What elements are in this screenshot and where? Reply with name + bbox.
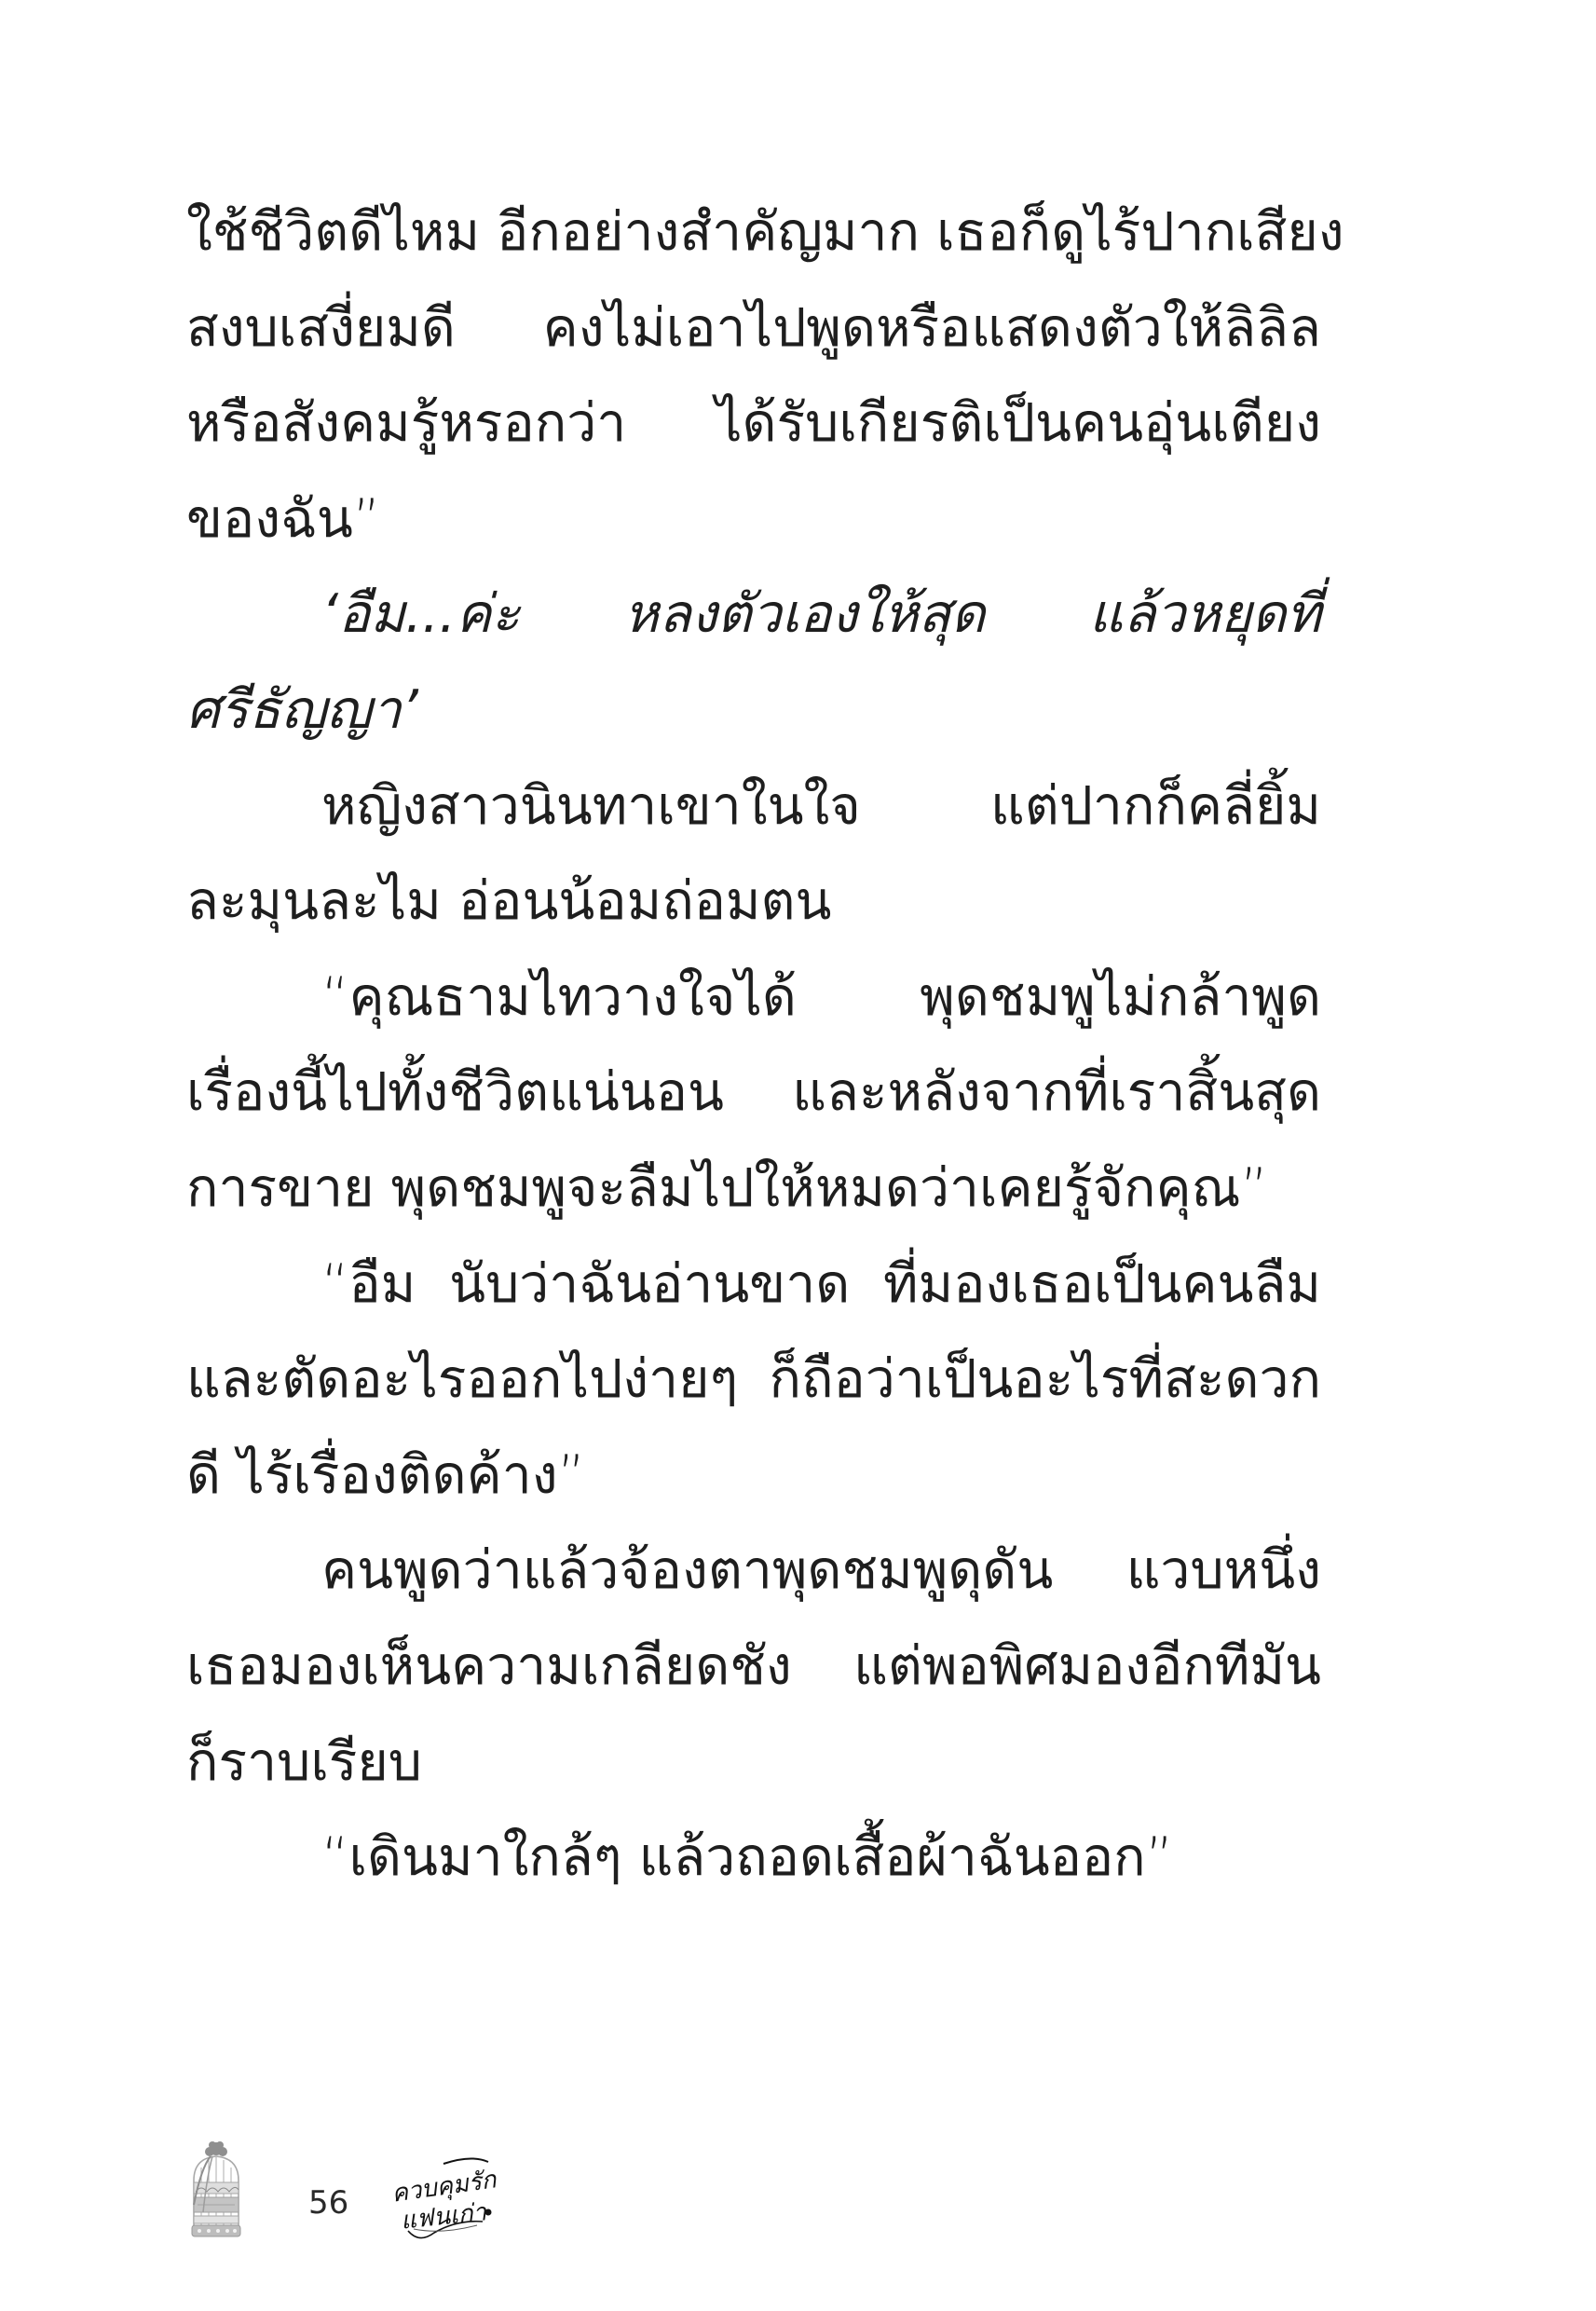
text-line-7: หญิงสาวนินทาเขาในใจ แต่ปากก็คลี่ยิ้ม: [186, 759, 1321, 855]
text-line-13-dialogue: และตัดอะไรออกไปง่ายๆ ก็ถือว่าเป็นอะไรที่…: [186, 1332, 1321, 1428]
text-line-8: ละมุนละไม อ่อนน้อมถ่อมตน: [186, 854, 1321, 950]
text-line-2: สงบเสงี่ยมดี คงไม่เอาไปพูดหรือแสดงตัวให้…: [186, 280, 1321, 376]
page-footer: 56 ควบคุมรัก แฟนเก่า: [0, 2134, 1596, 2255]
text-line-18-dialogue: “เดินมาใกล้ๆ แล้วถอดเสื้อผ้าฉันออก”: [186, 1810, 1321, 1906]
page-number: 56: [308, 2184, 348, 2222]
text-line-17: ก็ราบเรียบ: [186, 1715, 1321, 1811]
book-page: ใช้ชีวิตดีไหม อีกอย่างสำคัญมาก เธอก็ดูไร…: [0, 0, 1596, 2311]
text-line-14-dialogue: ดี ไร้เรื่องติดค้าง”: [186, 1428, 1321, 1524]
birdcage-icon: [184, 2140, 248, 2244]
text-line-9-dialogue: “คุณธามไทวางใจได้ พุดชมพูไม่กล้าพูด: [186, 950, 1321, 1046]
text-line-15: คนพูดว่าแล้วจ้องตาพุดชมพูดุดัน แวบหนึ่ง: [186, 1523, 1321, 1619]
text-line-4: ของฉัน”: [186, 472, 1321, 567]
text-line-12-dialogue: “อืม นับว่าฉันอ่านขาด ที่มองเธอเป็นคนลืม: [186, 1237, 1321, 1333]
text-line-16: เธอมองเห็นความเกลียดชัง แต่พอพิศมองอีกที…: [186, 1619, 1321, 1715]
text-line-10-dialogue: เรื่องนี้ไปทั้งชีวิตแน่นอน และหลังจากที่…: [186, 1045, 1321, 1141]
body-text: ใช้ชีวิตดีไหม อีกอย่างสำคัญมาก เธอก็ดูไร…: [186, 185, 1321, 1906]
text-line-11-dialogue: การขาย พุดชมพูจะลืมไปให้หมดว่าเคยรู้จักค…: [186, 1141, 1321, 1237]
text-line-5-inner-thought: ‘อืม...ค่ะ หลงตัวเองให้สุด แล้วหยุดที่: [186, 567, 1321, 663]
text-line-6-inner-thought: ศรีธัญญา’: [186, 663, 1321, 759]
book-title-logo: ควบคุมรัก แฟนเก่า: [386, 2154, 499, 2244]
text-line-1: ใช้ชีวิตดีไหม อีกอย่างสำคัญมาก เธอก็ดูไร…: [186, 185, 1321, 280]
text-line-3: หรือสังคมรู้หรอกว่า ได้รับเกียรติเป็นคนอ…: [186, 376, 1321, 472]
